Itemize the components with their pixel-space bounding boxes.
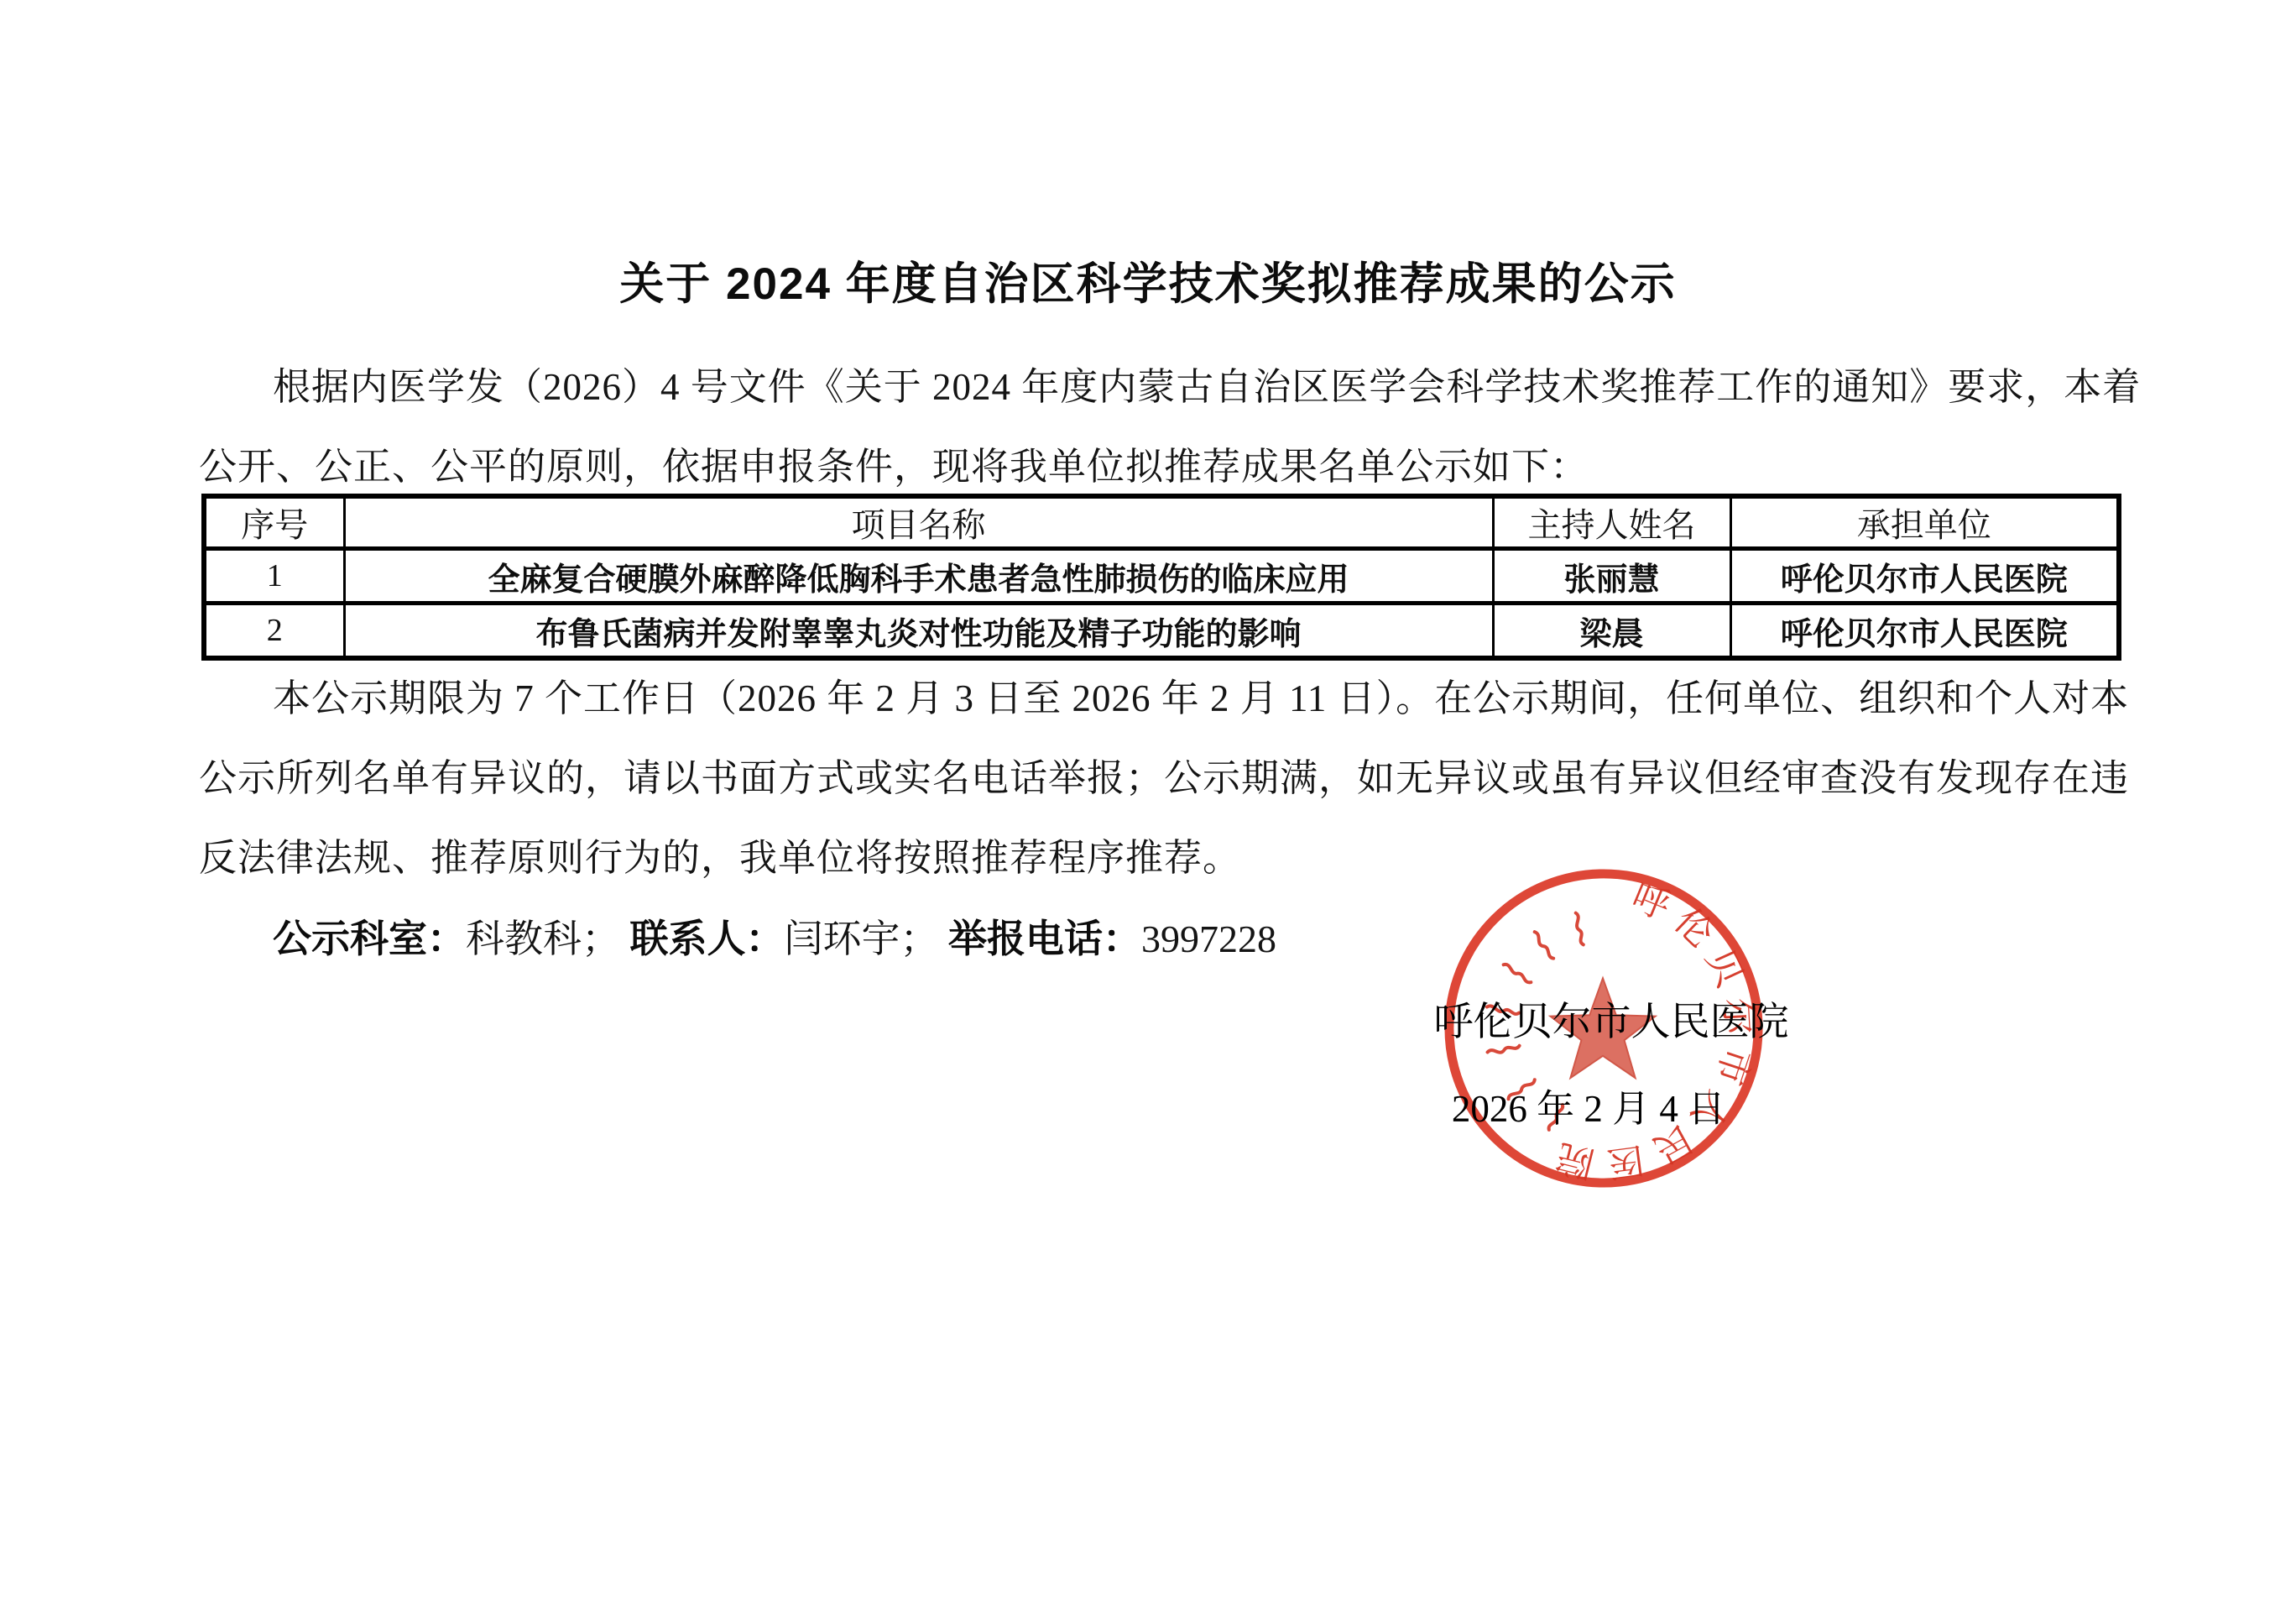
document-page: 关于 2024 年度自治区科学技术奖拟推荐成果的公示 根据内医学发（2026）4… (0, 0, 2296, 1605)
contact-line: 公示科室：科教科； 联系人：闫环宇； 举报电话：3997228 (273, 908, 1276, 964)
row-2-no: 2 (204, 604, 344, 659)
row-2-unit: 呼伦贝尔市人民医院 (1730, 604, 2119, 659)
table-row: 2 布鲁氏菌病并发附睾睾丸炎对性功能及精子功能的影响 梁晨 呼伦贝尔市人民医院 (204, 604, 2119, 659)
table-header-project: 项目名称 (344, 496, 1493, 549)
body-paragraph-line-1: 本公示期限为 7 个工作日（2026 年 2 月 3 日至 2026 年 2 月… (273, 667, 2129, 722)
row-1-project: 全麻复合硬膜外麻醉降低胸科手术患者急性肺损伤的临床应用 (344, 549, 1493, 604)
projects-table: 序号 项目名称 主持人姓名 承担单位 1 全麻复合硬膜外麻醉降低胸科手术患者急性… (201, 494, 2121, 661)
intro-paragraph-line-1: 根据内医学发（2026）4 号文件《关于 2024 年度内蒙古自治区医学会科学技… (273, 356, 2141, 410)
row-1-leader: 张丽慧 (1493, 549, 1730, 604)
row-1-unit: 呼伦贝尔市人民医院 (1730, 549, 2119, 604)
row-2-leader: 梁晨 (1493, 604, 1730, 659)
signature-date: 2026 年 2 月 4 日 (1421, 1078, 1756, 1132)
table-header-row: 序号 项目名称 主持人姓名 承担单位 (204, 496, 2119, 549)
table-header-no: 序号 (204, 496, 344, 549)
contact-phone-label: 举报电话： (948, 917, 1141, 960)
table-row: 1 全麻复合硬膜外麻醉降低胸科手术患者急性肺损伤的临床应用 张丽慧 呼伦贝尔市人… (204, 549, 2119, 604)
body-paragraph-line-2: 公示所列名单有异议的，请以书面方式或实名电话举报；公示期满，如无异议或虽有异议但… (199, 747, 2129, 802)
table-header-unit: 承担单位 (1730, 496, 2119, 549)
contact-person-label: 联系人： (630, 917, 785, 960)
contact-dept-value: 科教科； (466, 918, 620, 960)
table-header-leader: 主持人姓名 (1493, 496, 1730, 549)
body-paragraph-line-3: 反法律法规、推荐原则行为的，我单位将按照推荐程序推荐。 (199, 827, 1241, 881)
row-2-project: 布鲁氏菌病并发附睾睾丸炎对性功能及精子功能的影响 (344, 604, 1493, 659)
contact-dept-label: 公示科室： (273, 917, 466, 960)
intro-paragraph-line-2: 公开、公正、公平的原则，依据申报条件，现将我单位拟推荐成果名单公示如下： (199, 436, 1589, 490)
document-title: 关于 2024 年度自治区科学技术奖拟推荐成果的公示 (0, 248, 2296, 312)
contact-phone-value: 3997228 (1141, 918, 1276, 960)
signature-organization: 呼伦贝尔市人民医院 (1431, 991, 1792, 1047)
contact-person-value: 闫环宇； (785, 918, 939, 960)
row-1-no: 1 (204, 549, 344, 604)
